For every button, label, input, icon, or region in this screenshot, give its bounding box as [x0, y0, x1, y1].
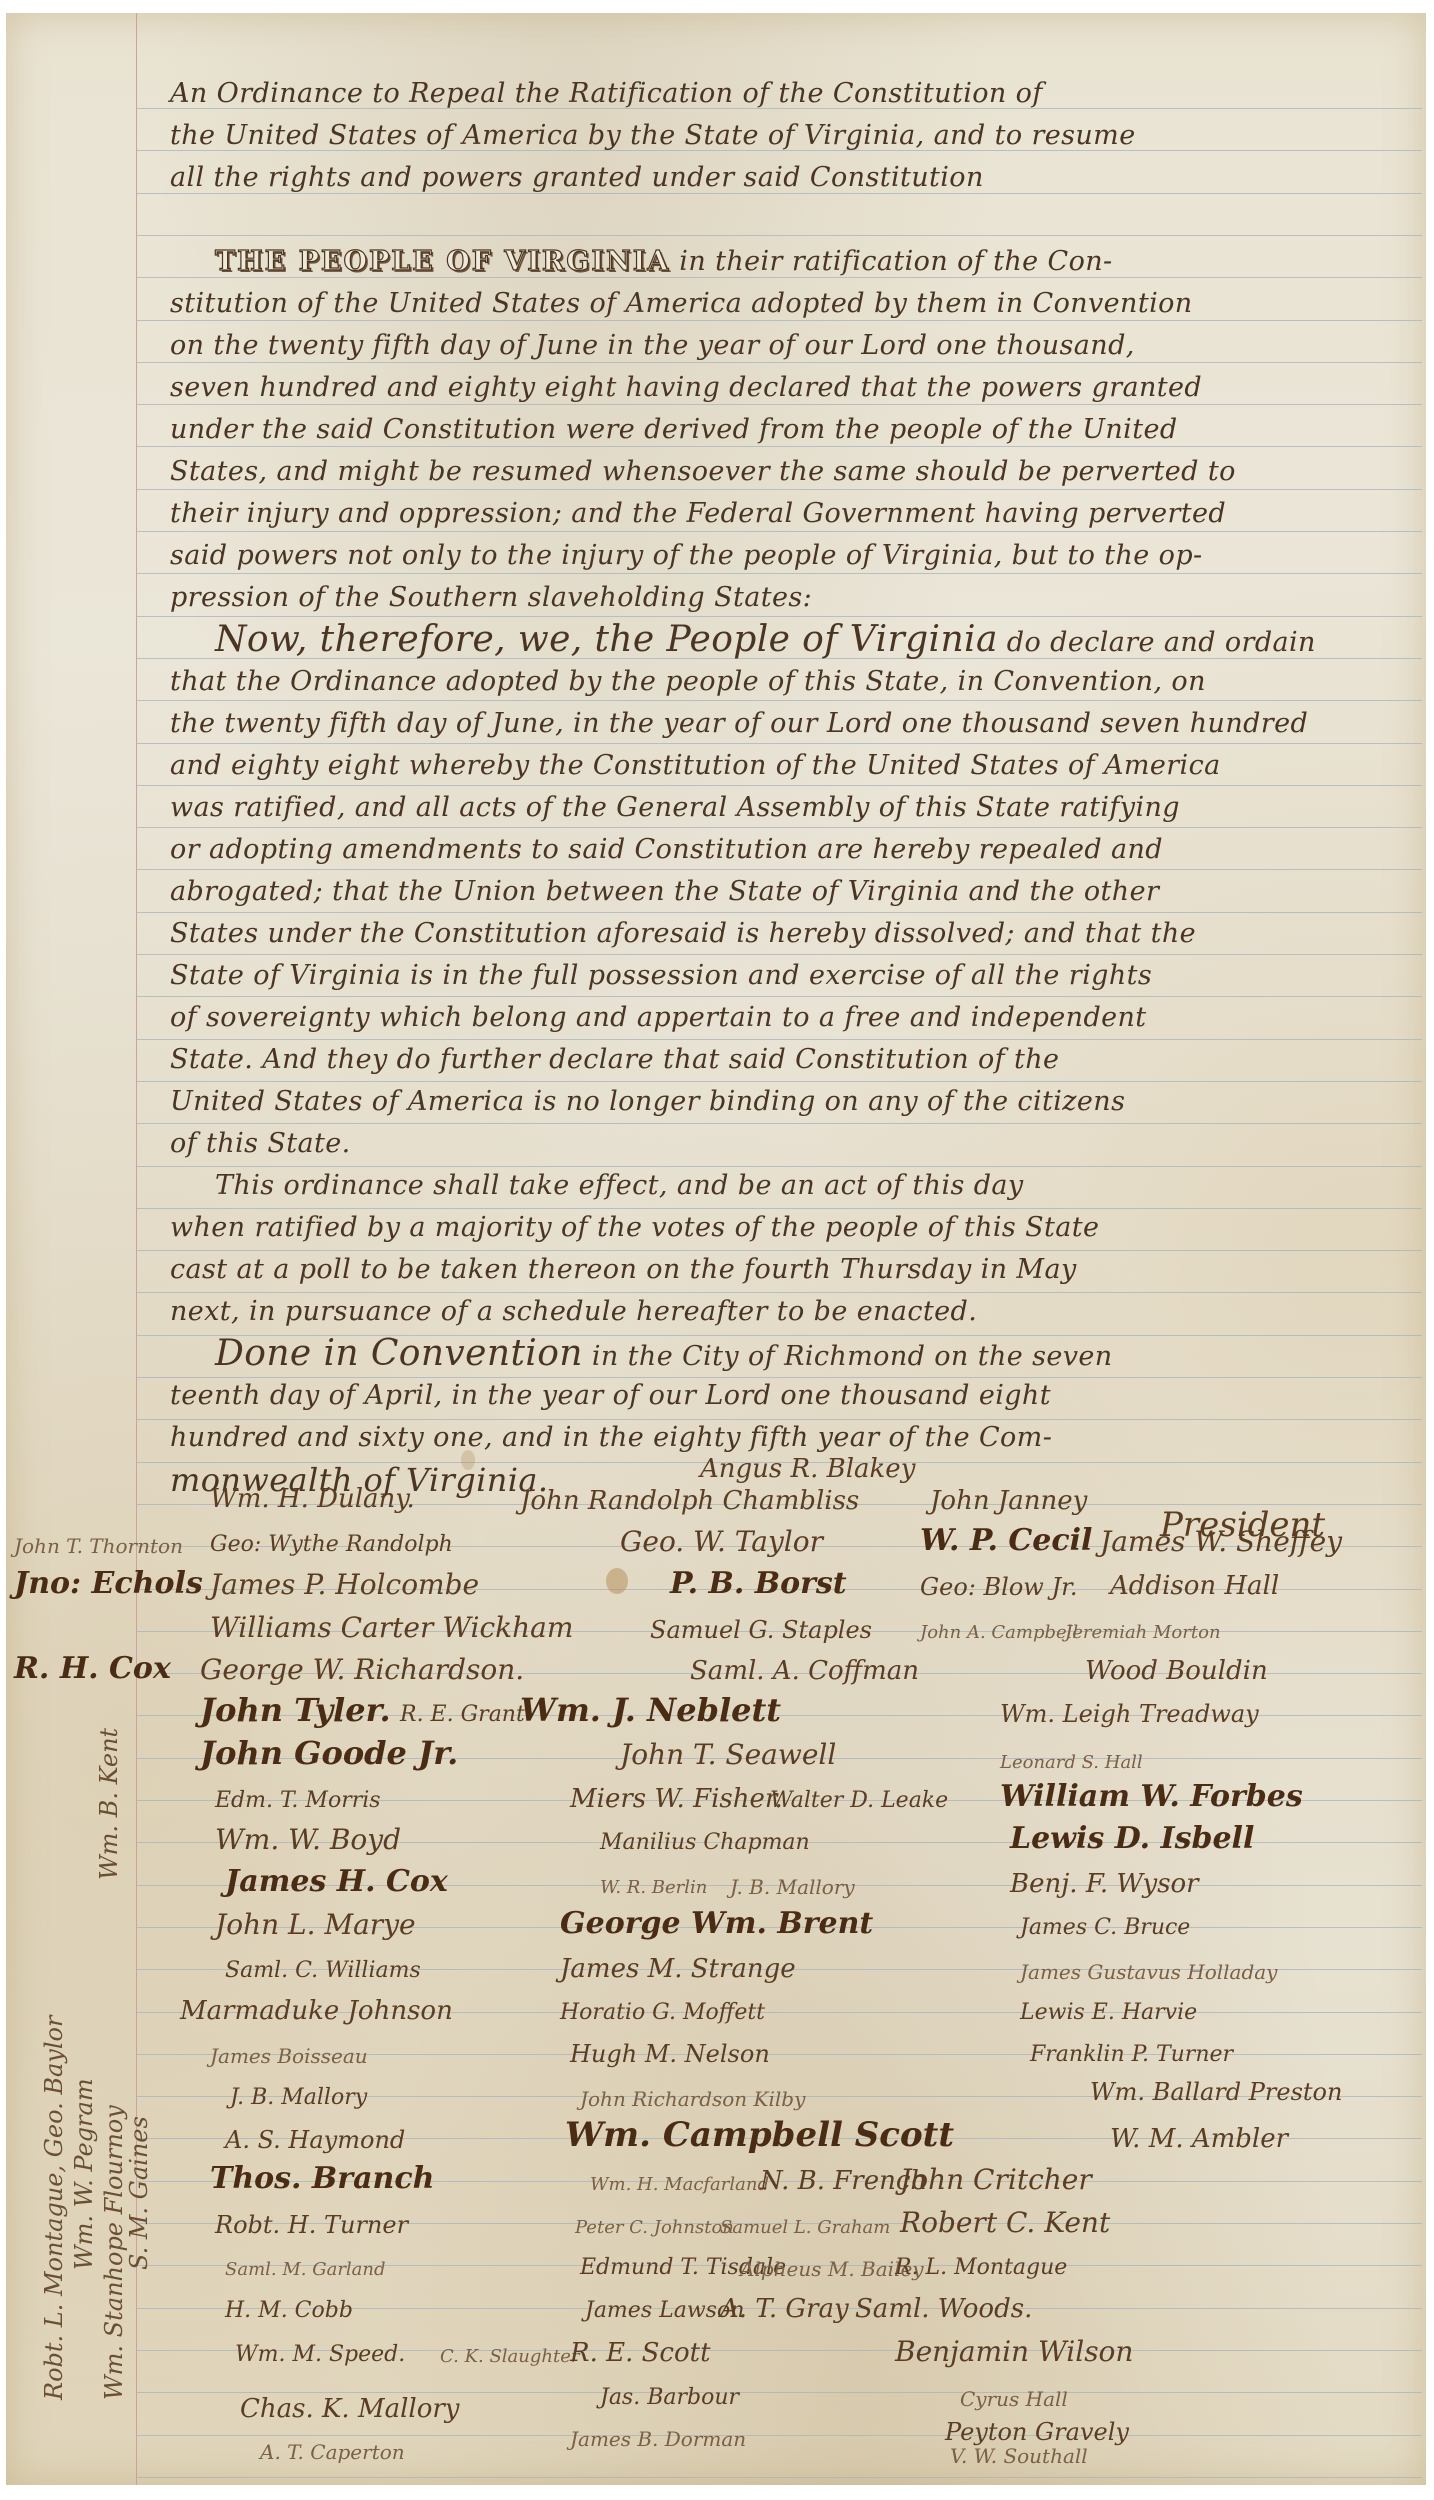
signature: Wm. J. Neblett: [520, 1694, 781, 1726]
signature: Wm. W. Boyd: [215, 1826, 401, 1854]
preamble-line: pression of the Southern slaveholding St…: [170, 577, 812, 619]
signature: R. H. Cox: [14, 1654, 171, 1684]
signature: Wm. Ballard Preston: [1090, 2080, 1342, 2104]
effect-line: next, in pursuance of a schedule hereaft…: [170, 1291, 977, 1333]
margin-rule: [136, 13, 137, 2485]
signature: Wood Bouldin: [1085, 1658, 1268, 1684]
preamble-line: under the said Constitution were derived…: [170, 409, 1178, 451]
ordinance-line: Now, therefore, we, the People of Virgin…: [215, 619, 1316, 661]
signature: Samuel G. Staples: [650, 1618, 872, 1642]
signature: W. P. Cecil: [920, 1526, 1092, 1556]
signature: William W. Forbes: [1000, 1782, 1303, 1812]
ordinance-line: the twenty fifth day of June, in the yea…: [170, 703, 1308, 745]
signature: Marmaduke Johnson: [180, 1998, 453, 2024]
margin-signature: S. M. Gaines: [125, 2116, 153, 2270]
margin-signature: Robt. L. Montague, Geo. Baylor: [40, 2016, 68, 2400]
signature: P. B. Borst: [670, 1569, 847, 1599]
ink-stain: [606, 1568, 628, 1594]
signature: Lewis E. Harvie: [1020, 2002, 1197, 2024]
signature: Franklin P. Turner: [1030, 2044, 1233, 2066]
ordinance-line: that the Ordinance adopted by the people…: [170, 661, 1206, 703]
signature: John Goode Jr.: [200, 1737, 458, 1769]
preamble-line: stitution of the United States of Americ…: [170, 283, 1193, 325]
signature: James M. Strange: [560, 1956, 796, 1982]
margin-signature: Wm. W. Pegram: [70, 2078, 98, 2270]
signature: A. T. Gray: [720, 2296, 849, 2322]
signature: H. M. Cobb: [225, 2300, 353, 2322]
preamble-line: said powers not only to the injury of th…: [170, 535, 1203, 577]
signature: Edm. T. Morris: [215, 1790, 381, 1812]
preamble-line: their injury and oppression; and the Fed…: [170, 493, 1226, 535]
signature: Williams Carter Wickham: [210, 1614, 573, 1642]
signature: John Tyler.: [200, 1694, 391, 1726]
signature: Geo. W. Taylor: [620, 1528, 823, 1556]
signature: Wm. Leigh Treadway: [1000, 1702, 1259, 1726]
signature: Wm. M. Speed.: [235, 2344, 405, 2366]
ordinance-line: abrogated; that the Union between the St…: [170, 871, 1159, 913]
ordinance-line: of this State.: [170, 1123, 351, 1165]
signature: W. R. Berlin: [600, 1879, 707, 1897]
signature: Leonard S. Hall: [1000, 1754, 1143, 1772]
preamble-line: States, and might be resumed whensoever …: [170, 451, 1236, 493]
margin-signature: Wm. B. Kent: [95, 1728, 123, 1880]
signature: Benjamin Wilson: [895, 2338, 1133, 2366]
ordinance-line: State of Virginia is in the full possess…: [170, 955, 1152, 997]
signature: W. M. Ambler: [1110, 2126, 1288, 2152]
signature: Jeremiah Morton: [1065, 1624, 1221, 1642]
preamble-line: seven hundred and eighty eight having de…: [170, 367, 1202, 409]
signature: Addison Hall: [1110, 1573, 1279, 1599]
ordinance-line: United States of America is no longer bi…: [170, 1081, 1125, 1123]
title-line: the United States of America by the Stat…: [170, 115, 1136, 157]
title-line: An Ordinance to Repeal the Ratification …: [170, 73, 1043, 115]
signature: Thos. Branch: [210, 2164, 434, 2194]
signature: Samuel L. Graham: [720, 2219, 890, 2237]
done-line: teenth day of April, in the year of our …: [170, 1375, 1051, 1417]
ordinance-text: do declare and ordain: [998, 627, 1316, 658]
signature: John T. Thornton: [14, 1536, 183, 1556]
signature: Geo: Blow Jr.: [920, 1575, 1078, 1599]
done-text: in the City of Richmond on the seven: [583, 1341, 1113, 1372]
signature: V. W. Southall: [950, 2446, 1088, 2466]
ordinance-line: and eighty eight whereby the Constitutio…: [170, 745, 1221, 787]
signature: John L. Marye: [215, 1911, 416, 1939]
signature: James W. Sheffey: [1100, 1528, 1342, 1556]
signature: Robt. H. Turner: [215, 2213, 408, 2237]
margin-signature: Wm. Stanhope Flournoy: [100, 2105, 128, 2400]
ordinance-line: of sovereignty which belong and appertai…: [170, 997, 1147, 1039]
signature: Walter D. Leake: [770, 1790, 948, 1812]
title-line: all the rights and powers granted under …: [170, 157, 984, 199]
ruled-line: [136, 2477, 1422, 2478]
signature: Chas. K. Mallory: [240, 2396, 460, 2422]
signature: James P. Holcombe: [210, 1571, 479, 1599]
preamble-text: in their ratification of the Con-: [670, 246, 1112, 277]
signature: R. L. Montague: [895, 2257, 1067, 2279]
signature: Jno: Echols: [14, 1569, 203, 1599]
now-therefore-lead: Now, therefore, we, the People of Virgin…: [215, 619, 998, 660]
signature: Manilius Chapman: [600, 1832, 810, 1854]
effect-line: when ratified by a majority of the votes…: [170, 1207, 1099, 1249]
ordinance-line: State. And they do further declare that …: [170, 1039, 1059, 1081]
signature: George W. Richardson.: [200, 1656, 524, 1684]
ruled-line: [136, 2435, 1422, 2436]
ordinance-line: States under the Constitution aforesaid …: [170, 913, 1196, 955]
signature: C. K. Slaughter: [440, 2348, 579, 2366]
signature: Wm. H. Macfarland: [590, 2176, 769, 2194]
signature: George Wm. Brent: [560, 1909, 873, 1939]
done-in-convention-lead: Done in Convention: [215, 1333, 583, 1374]
signature: James H. Cox: [225, 1867, 448, 1897]
signature: Saml. Woods.: [855, 2296, 1032, 2322]
signature: Wm. H. Dulany.: [210, 1486, 415, 1512]
signature: James Boisseau: [210, 2046, 368, 2066]
signature: R. E. Scott: [570, 2340, 711, 2366]
signature: Miers W. Fisher.: [570, 1786, 783, 1812]
signature: John Janney: [930, 1488, 1087, 1514]
signature: Peyton Gravely: [945, 2420, 1129, 2444]
ordinance-line: was ratified, and all acts of the Genera…: [170, 787, 1180, 829]
signature: John Critcher: [900, 2166, 1092, 2194]
preamble-line: on the twenty fifth day of June in the y…: [170, 325, 1135, 367]
signature: Saml. C. Williams: [225, 1960, 421, 1982]
signature: Angus R. Blakey: [700, 1456, 915, 1482]
signature: Lewis D. Isbell: [1010, 1824, 1254, 1854]
preamble-line: THE PEOPLE OF VIRGINIA in their ratifica…: [215, 241, 1113, 283]
signature: Horatio G. Moffett: [560, 2002, 765, 2024]
signature: Wm. Campbell Scott: [565, 2118, 954, 2152]
effect-line: This ordinance shall take effect, and be…: [215, 1165, 1024, 1207]
signature: A. T. Caperton: [260, 2442, 405, 2462]
signature: Saml. M. Garland: [225, 2261, 386, 2279]
signature: Hugh M. Nelson: [570, 2042, 770, 2066]
people-of-virginia-heading: THE PEOPLE OF VIRGINIA: [215, 246, 670, 277]
signature: Jas. Barbour: [600, 2387, 739, 2409]
signature: J. B. Mallory: [730, 1877, 855, 1897]
signature: James C. Bruce: [1020, 1917, 1190, 1939]
signature: James Gustavus Holladay: [1020, 1962, 1277, 1982]
signature: John T. Seawell: [620, 1741, 836, 1769]
signature: John A. Campbell: [920, 1624, 1078, 1642]
signature: J. B. Mallory: [230, 2087, 367, 2109]
signature: Benj. F. Wysor: [1010, 1871, 1199, 1897]
effect-line: cast at a poll to be taken thereon on th…: [170, 1249, 1077, 1291]
signature: Saml. A. Coffman: [690, 1658, 919, 1684]
signature: Peter C. Johnston: [575, 2219, 734, 2237]
signature: R. E. Grant: [400, 1704, 525, 1726]
signature: A. S. Haymond: [225, 2128, 405, 2152]
signature: John Richardson Kilby: [580, 2089, 805, 2109]
signature: Geo: Wythe Randolph: [210, 1534, 453, 1556]
signature: John Randolph Chambliss: [520, 1488, 859, 1514]
done-line: hundred and sixty one, and in the eighty…: [170, 1417, 1052, 1459]
signature: Cyrus Hall: [960, 2389, 1068, 2409]
ruled-line: [136, 235, 1422, 236]
signature: Robert C. Kent: [900, 2209, 1110, 2237]
signature: James B. Dorman: [570, 2429, 746, 2449]
ordinance-line: or adopting amendments to said Constitut…: [170, 829, 1163, 871]
done-line: Done in Convention in the City of Richmo…: [215, 1333, 1113, 1375]
